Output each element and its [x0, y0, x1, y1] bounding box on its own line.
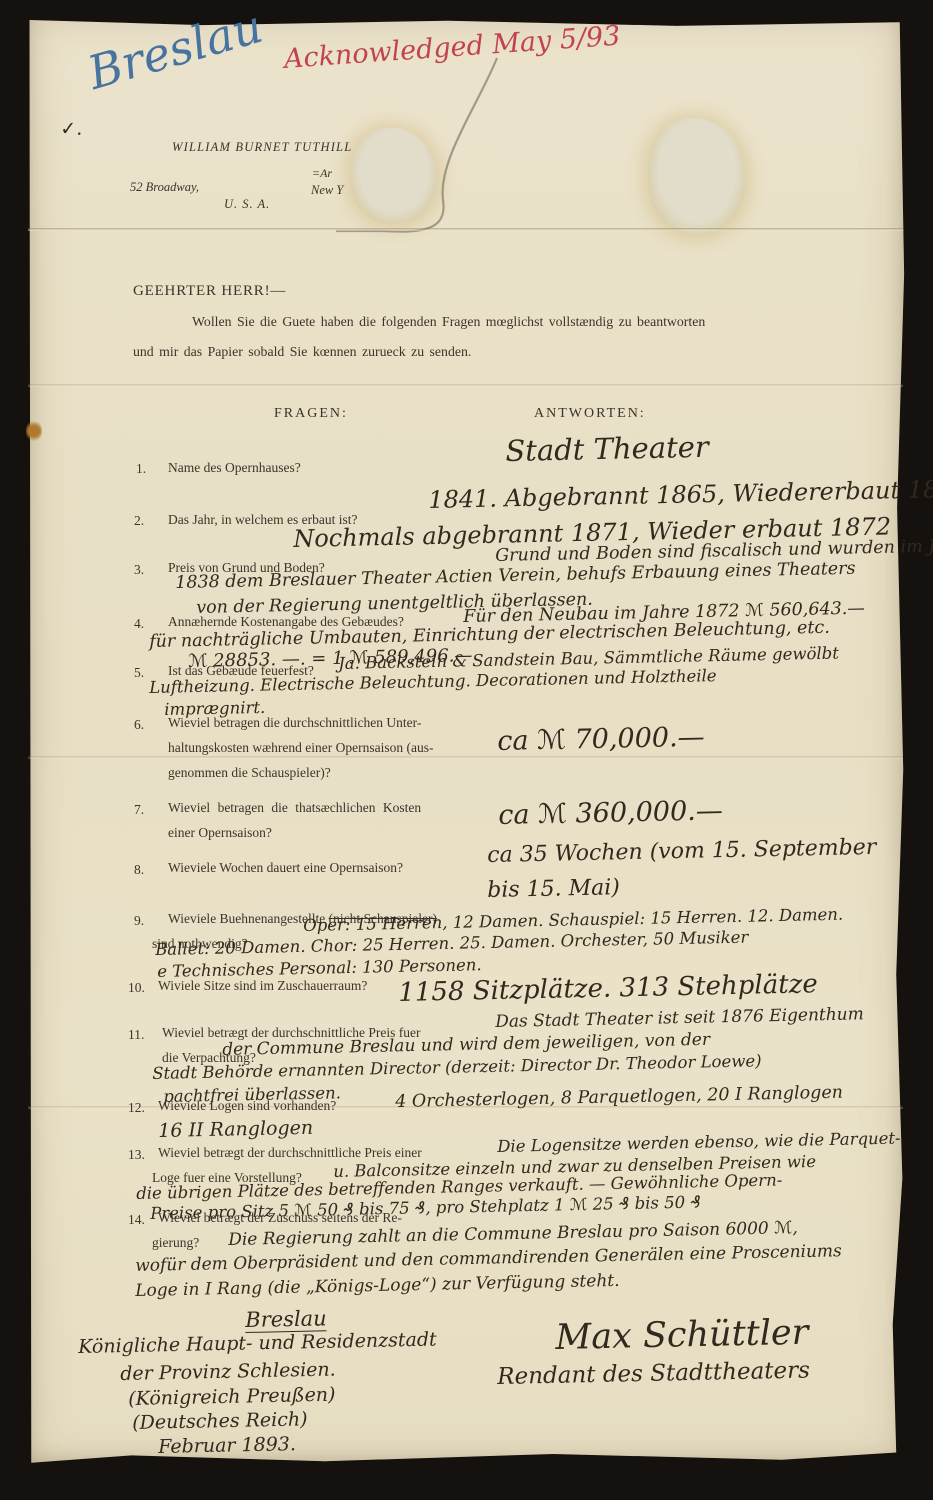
answers-header: ANTWORTEN: — [534, 406, 646, 422]
answer-text: ca ℳ 70,000.— — [497, 722, 705, 757]
question-number: 1. — [136, 461, 146, 477]
question-number: 11. — [128, 1027, 144, 1043]
letterhead-country: U. S. A. — [224, 197, 270, 212]
question-number: 14. — [128, 1212, 145, 1228]
question-text: Wieviel betragen die durchschnittlichen … — [168, 715, 421, 731]
question-number: 6. — [134, 717, 144, 733]
question-text: Wieviel betragen die thatsæchlichen Kost… — [168, 800, 421, 816]
question-number: 5. — [134, 665, 144, 681]
question-text: Wieviel betrægt der durchschnittliche Pr… — [158, 1145, 422, 1161]
fold-crease-2 — [28, 384, 903, 387]
salutation-line2: und mir das Papier sobald Sie kœnnen zur… — [133, 344, 471, 360]
question-text: Wieviele Logen sind vorhanden? — [158, 1098, 336, 1114]
footer-line: der Provinz Schlesien. — [120, 1358, 336, 1385]
question-number: 2. — [134, 513, 144, 529]
answer-text: 16 II Ranglogen — [158, 1117, 313, 1142]
salutation-line1: Wollen Sie die Guete haben die folgenden… — [192, 314, 705, 330]
signature-name: Max Schüttler — [555, 1313, 809, 1358]
scanned-questionnaire-page: Breslau Acknowledged May 5/93 ✓. WILLIAM… — [0, 0, 933, 1500]
question-text: Wieviel betrægt der Zuschuss seitens der… — [158, 1210, 402, 1226]
footer-line: (Deutsches Reich) — [132, 1408, 308, 1434]
question-number: 13. — [128, 1147, 145, 1163]
question-text: genommen die Schauspieler)? — [168, 765, 331, 781]
answer-text: Stadt Theater — [505, 430, 709, 468]
footer-line: (Königreich Preußen) — [128, 1384, 336, 1410]
letterhead-address-left: 52 Broadway, — [130, 180, 199, 195]
letterhead-address-right: New Y — [311, 183, 343, 198]
question-text: Wiviele Sitze sind im Zuschauerraum? — [158, 978, 367, 994]
checkmark-annotation: ✓. — [60, 118, 82, 140]
question-text: haltungskosten wæhrend einer Opernsaison… — [168, 740, 433, 756]
footer-date: Februar 1893. — [158, 1433, 296, 1458]
question-text: gierung? — [152, 1235, 199, 1251]
answer-text: bis 15. Mai) — [487, 875, 620, 903]
footer-place: Breslau — [245, 1306, 327, 1333]
question-number: 9. — [134, 913, 144, 929]
answer-text: ca ℳ 360,000.— — [498, 795, 723, 831]
question-number: 3. — [134, 562, 144, 578]
question-text: Name des Opernhauses? — [168, 460, 301, 476]
fold-crease-3 — [28, 756, 903, 759]
salutation-greeting: GEEHRTER HERR!— — [133, 283, 286, 300]
question-number: 8. — [134, 862, 144, 878]
question-number: 12. — [128, 1100, 145, 1116]
question-number: 10. — [128, 980, 145, 996]
letterhead-profession: =Ar — [312, 166, 332, 181]
question-text: einer Opernsaison? — [168, 825, 272, 841]
fold-crease-1 — [28, 228, 903, 231]
question-number: 4. — [134, 616, 144, 632]
letterhead-name: WILLIAM BURNET TUTHILL — [172, 140, 352, 155]
question-number: 7. — [134, 802, 144, 818]
questions-header: FRAGEN: — [274, 406, 348, 422]
question-text: Wieviele Wochen dauert eine Opernsaison? — [168, 860, 403, 876]
